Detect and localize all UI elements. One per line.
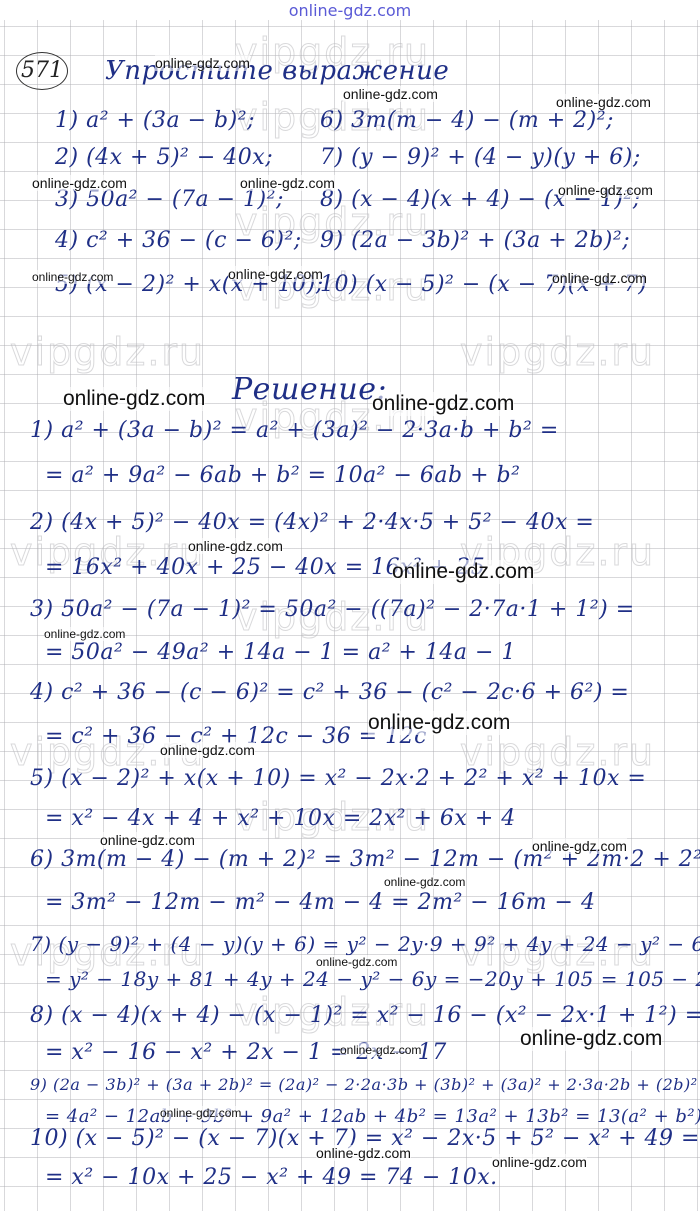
overlay-watermark: online-gdz.com [32, 270, 113, 284]
overlay-watermark: online-gdz.com [155, 55, 250, 71]
overlay-watermark: online-gdz.com [558, 182, 653, 198]
solution-line: 7) (y − 9)² + (4 − y)(y + 6) = y² − 2y·9… [30, 932, 700, 956]
solution-line: = x² − 4x + 4 + x² + 10x = 2x² + 6x + 4 [45, 806, 516, 831]
overlay-watermark: online-gdz.com [340, 1043, 421, 1057]
overlay-watermark: online-gdz.com [316, 1145, 411, 1161]
overlay-watermark: online-gdz.com [343, 86, 438, 102]
overlay-watermark: online-gdz.com [228, 266, 323, 282]
task-item: 9) (2a − 3b)² + (3a + 2b)²; [320, 228, 630, 253]
solution-line: 3) 50a² − (7a − 1)² = 50a² − ((7a)² − 2·… [30, 597, 635, 622]
overlay-watermark: online-gdz.com [492, 1154, 587, 1170]
overlay-watermark: online-gdz.com [552, 270, 647, 286]
overlay-watermark: online-gdz.com [556, 94, 651, 110]
task-item: 2) (4x + 5)² − 40x; [55, 145, 273, 170]
problem-number: 571 [16, 52, 68, 90]
overlay-watermark: online-gdz.com [372, 392, 514, 416]
solution-line: = 50a² − 49a² + 14a − 1 = a² + 14a − 1 [45, 640, 516, 665]
overlay-watermark: online-gdz.com [100, 832, 195, 848]
overlay-watermark: online-gdz.com [160, 742, 255, 758]
solution-line: 4) c² + 36 − (c − 6)² = c² + 36 − (c² − … [30, 680, 629, 705]
task-item: 1) a² + (3a − b)²; [55, 108, 255, 133]
overlay-watermark: online-gdz.com [316, 955, 397, 969]
solution-line: 2) (4x + 5)² − 40x = (4x)² + 2·4x·5 + 5²… [30, 510, 594, 535]
solution-line: = x² − 10x + 25 − x² + 49 = 74 − 10x. [45, 1165, 498, 1190]
solution-line: 8) (x − 4)(x + 4) − (x − 1)² = x² − 16 −… [30, 1003, 700, 1028]
header-watermark: online-gdz.com [0, 0, 700, 22]
overlay-watermark: online-gdz.com [32, 175, 127, 191]
overlay-watermark: online-gdz.com [392, 560, 534, 584]
overlay-watermark: online-gdz.com [532, 838, 627, 854]
overlay-watermark: online-gdz.com [160, 1106, 241, 1120]
overlay-watermark: online-gdz.com [240, 175, 335, 191]
task-item: 6) 3m(m − 4) − (m + 2)²; [320, 108, 614, 133]
overlay-watermark: online-gdz.com [368, 711, 510, 735]
solution-line: 1) a² + (3a − b)² = a² + (3a)² − 2·3a·b … [30, 418, 559, 443]
solution-line: 9) (2a − 3b)² + (3a + 2b)² = (2a)² − 2·2… [30, 1075, 700, 1094]
solution-line: = y² − 18y + 81 + 4y + 24 − y² − 6y = −2… [45, 967, 700, 991]
overlay-watermark: online-gdz.com [44, 627, 125, 641]
bg-watermark: vipgdz.ru [460, 330, 655, 374]
solution-line: = a² + 9a² − 6ab + b² = 10a² − 6ab + b² [45, 463, 520, 488]
solution-line: = 4a² − 12ab + 9b² + 9a² + 12ab + 4b² = … [45, 1106, 700, 1127]
solution-line: 5) (x − 2)² + x(x + 10) = x² − 2x·2 + 2²… [30, 766, 646, 791]
overlay-watermark: online-gdz.com [63, 387, 205, 411]
overlay-watermark: online-gdz.com [520, 1027, 662, 1051]
overlay-watermark: online-gdz.com [384, 875, 465, 889]
solution-heading: Решение: [232, 372, 387, 407]
task-item: 4) c² + 36 − (c − 6)²; [55, 228, 302, 253]
bg-watermark: vipgdz.ru [10, 330, 205, 374]
task-item: 7) (y − 9)² + (4 − y)(y + 6); [320, 145, 641, 170]
overlay-watermark: online-gdz.com [188, 538, 283, 554]
solution-line: = 3m² − 12m − m² − 4m − 4 = 2m² − 16m − … [45, 890, 595, 915]
